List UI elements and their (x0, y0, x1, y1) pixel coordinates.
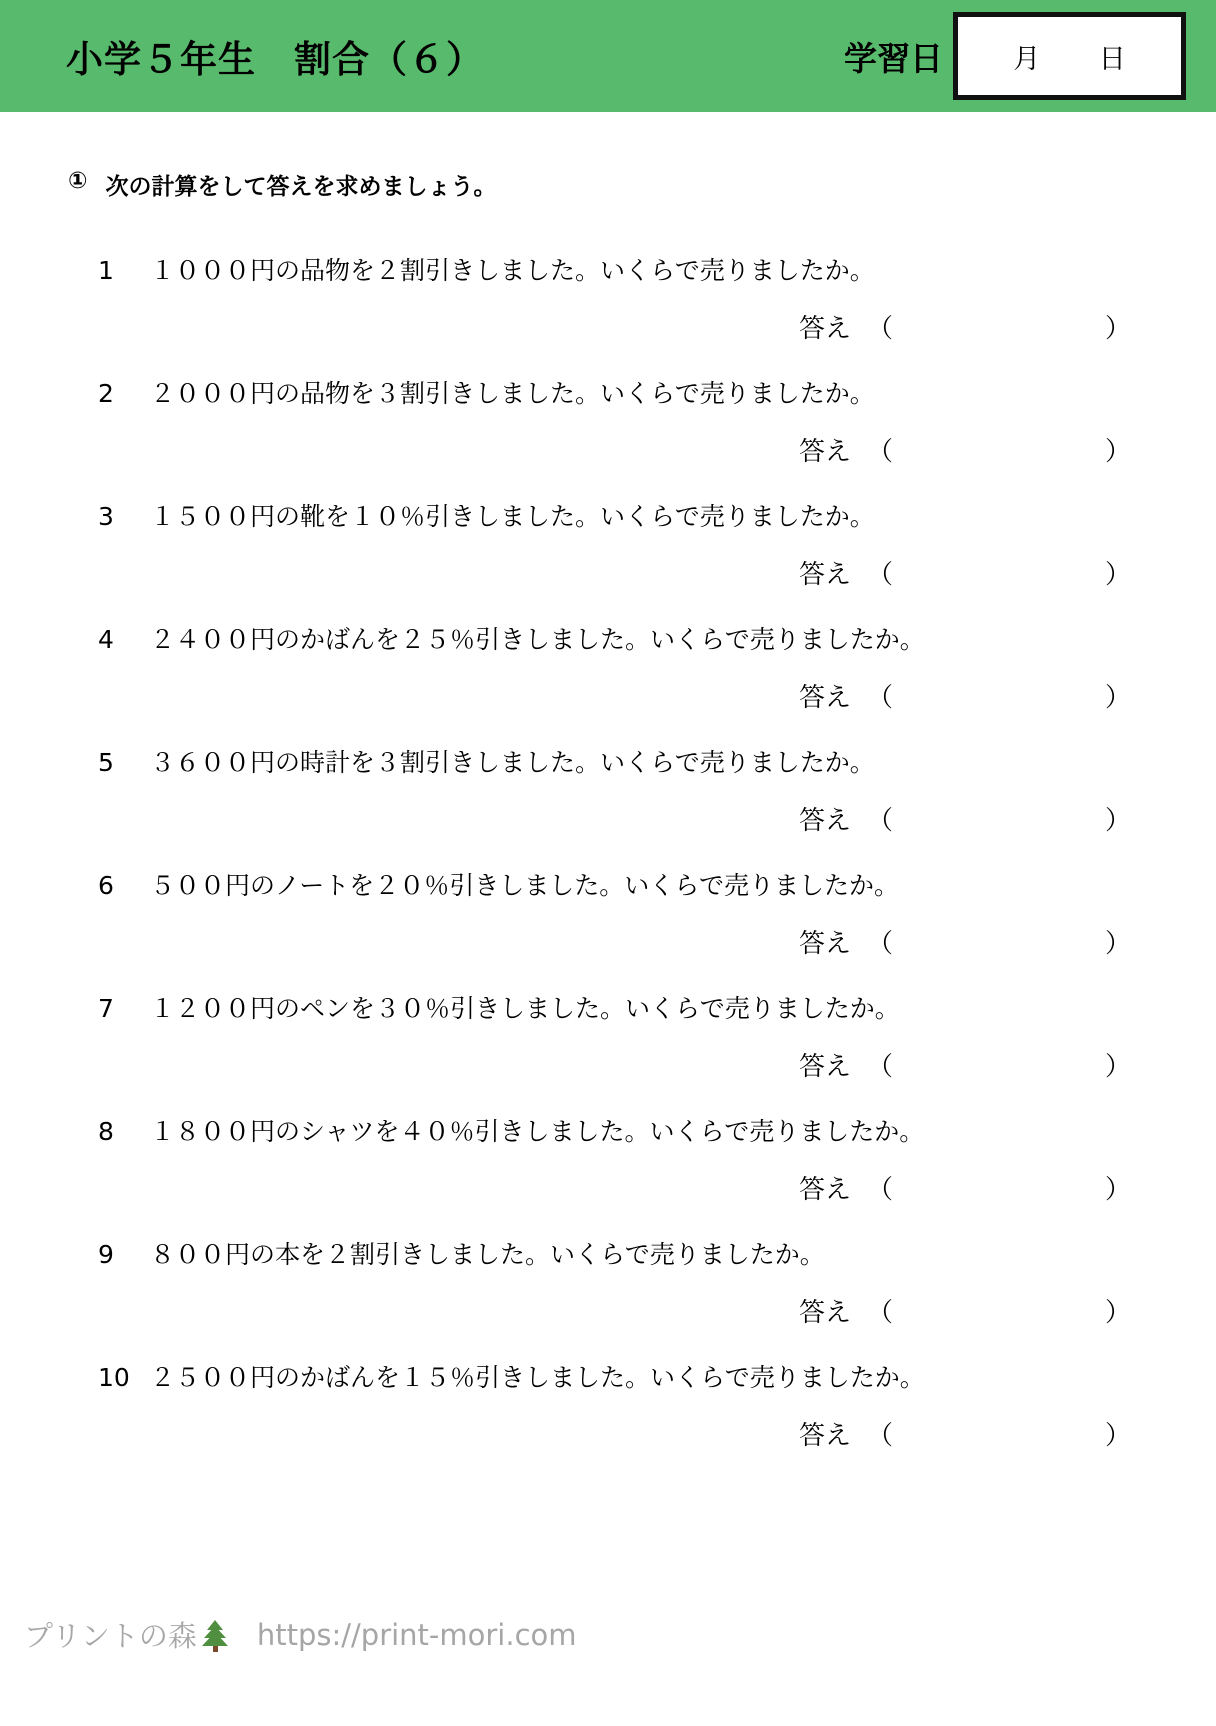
answer-close-paren: ） (1105, 680, 1131, 716)
answer-row: 答え （ ） (68, 311, 1216, 347)
answer-label: 答え (799, 434, 851, 470)
question-block: 8 １８００円のシャツを４０％引きしました。いくらで売りましたか。 答え （ ） (68, 1114, 1216, 1208)
answer-open-paren: （ (867, 311, 893, 347)
answer-row: 答え （ ） (68, 1172, 1216, 1208)
question-text: ８００円の本を２割引きしました。いくらで売りましたか。 (150, 1237, 825, 1273)
answer-row: 答え （ ） (68, 434, 1216, 470)
answer-open-paren: （ (867, 926, 893, 962)
question-number: 9 (68, 1237, 150, 1273)
question-block: 2 ２０００円の品物を３割引きしました。いくらで売りましたか。 答え （ ） (68, 376, 1216, 470)
question-block: 6 ５００円のノートを２０％引きしました。いくらで売りましたか。 答え （ ） (68, 868, 1216, 962)
question-list: 1 １０００円の品物を２割引きしました。いくらで売りましたか。 答え （ ） 2… (68, 253, 1216, 1454)
instruction-text: 次の計算をして答えを求めましょう。 (105, 168, 496, 201)
answer-open-paren: （ (867, 1295, 893, 1331)
question-block: 3 １５００円の靴を１０％引きしました。いくらで売りましたか。 答え （ ） (68, 499, 1216, 593)
day-label: 日 (1099, 37, 1126, 76)
question-number: 7 (68, 991, 150, 1027)
question-block: 10 ２５００円のかばんを１５％引きしました。いくらで売りましたか。 答え （ … (68, 1360, 1216, 1454)
question-text: ５００円のノートを２０％引きしました。いくらで売りましたか。 (150, 868, 899, 904)
question-number: 8 (68, 1114, 150, 1150)
question-row: 10 ２５００円のかばんを１５％引きしました。いくらで売りましたか。 (68, 1360, 1216, 1396)
answer-close-paren: ） (1105, 926, 1131, 962)
answer-open-paren: （ (867, 434, 893, 470)
question-block: 9 ８００円の本を２割引きしました。いくらで売りましたか。 答え （ ） (68, 1237, 1216, 1331)
answer-row: 答え （ ） (68, 557, 1216, 593)
answer-row: 答え （ ） (68, 1295, 1216, 1331)
answer-open-paren: （ (867, 1049, 893, 1085)
answer-close-paren: ） (1105, 434, 1131, 470)
answer-close-paren: ） (1105, 1418, 1131, 1454)
question-text: １８００円のシャツを４０％引きしました。いくらで売りましたか。 (150, 1114, 924, 1150)
answer-label: 答え (799, 557, 851, 593)
question-text: ２０００円の品物を３割引きしました。いくらで売りましたか。 (150, 376, 875, 412)
question-number: 2 (68, 376, 150, 412)
question-row: 4 ２４００円のかばんを２５％引きしました。いくらで売りましたか。 (68, 622, 1216, 658)
instruction-number: ① (68, 168, 87, 201)
answer-row: 答え （ ） (68, 680, 1216, 716)
answer-label: 答え (799, 311, 851, 347)
question-text: ２４００円のかばんを２５％引きしました。いくらで売りましたか。 (150, 622, 925, 658)
answer-close-paren: ） (1105, 803, 1131, 839)
question-text: １０００円の品物を２割引きしました。いくらで売りましたか。 (150, 253, 875, 289)
site-name: プリントの森 (24, 1614, 197, 1655)
header: 小学５年生 割合（６） 学習日 月 日 (0, 0, 1216, 112)
page-title: 小学５年生 割合（６） (66, 29, 484, 83)
question-number: 5 (68, 745, 150, 781)
question-text: １５００円の靴を１０％引きしました。いくらで売りましたか。 (150, 499, 875, 535)
answer-row: 答え （ ） (68, 926, 1216, 962)
question-row: 6 ５００円のノートを２０％引きしました。いくらで売りましたか。 (68, 868, 1216, 904)
question-text: ２５００円のかばんを１５％引きしました。いくらで売りましたか。 (150, 1360, 925, 1396)
question-row: 7 １２００円のペンを３０％引きしました。いくらで売りましたか。 (68, 991, 1216, 1027)
instruction: ① 次の計算をして答えを求めましょう。 (68, 168, 1216, 201)
answer-label: 答え (799, 926, 851, 962)
question-row: 2 ２０００円の品物を３割引きしました。いくらで売りましたか。 (68, 376, 1216, 412)
answer-close-paren: ） (1105, 557, 1131, 593)
footer: プリントの森 https://print-mori.com (24, 1614, 577, 1655)
answer-open-paren: （ (867, 557, 893, 593)
tree-icon (201, 1620, 229, 1652)
answer-open-paren: （ (867, 1418, 893, 1454)
answer-label: 答え (799, 1418, 851, 1454)
answer-close-paren: ） (1105, 311, 1131, 347)
site-url: https://print-mori.com (257, 1618, 577, 1652)
question-row: 1 １０００円の品物を２割引きしました。いくらで売りましたか。 (68, 253, 1216, 289)
question-number: 4 (68, 622, 150, 658)
question-row: 5 ３６００円の時計を３割引きしました。いくらで売りましたか。 (68, 745, 1216, 781)
question-row: 9 ８００円の本を２割引きしました。いくらで売りましたか。 (68, 1237, 1216, 1273)
answer-label: 答え (799, 803, 851, 839)
answer-close-paren: ） (1105, 1049, 1131, 1085)
question-block: 7 １２００円のペンを３０％引きしました。いくらで売りましたか。 答え （ ） (68, 991, 1216, 1085)
answer-close-paren: ） (1105, 1172, 1131, 1208)
question-number: 6 (68, 868, 150, 904)
question-number: 10 (68, 1360, 150, 1396)
question-block: 5 ３６００円の時計を３割引きしました。いくらで売りましたか。 答え （ ） (68, 745, 1216, 839)
worksheet-page: 小学５年生 割合（６） 学習日 月 日 ① 次の計算をして答えを求めましょう。 … (0, 0, 1216, 1726)
answer-label: 答え (799, 680, 851, 716)
question-text: ３６００円の時計を３割引きしました。いくらで売りましたか。 (150, 745, 875, 781)
question-text: １２００円のペンを３０％引きしました。いくらで売りましたか。 (150, 991, 900, 1027)
answer-row: 答え （ ） (68, 1049, 1216, 1085)
study-date-label: 学習日 (844, 33, 943, 80)
question-row: 8 １８００円のシャツを４０％引きしました。いくらで売りましたか。 (68, 1114, 1216, 1150)
answer-label: 答え (799, 1295, 851, 1331)
answer-open-paren: （ (867, 803, 893, 839)
answer-open-paren: （ (867, 1172, 893, 1208)
question-block: 1 １０００円の品物を２割引きしました。いくらで売りましたか。 答え （ ） (68, 253, 1216, 347)
month-label: 月 (1013, 37, 1040, 76)
question-number: 3 (68, 499, 150, 535)
study-date-area: 学習日 月 日 (844, 12, 1186, 100)
answer-row: 答え （ ） (68, 1418, 1216, 1454)
question-block: 4 ２４００円のかばんを２５％引きしました。いくらで売りましたか。 答え （ ） (68, 622, 1216, 716)
question-row: 3 １５００円の靴を１０％引きしました。いくらで売りましたか。 (68, 499, 1216, 535)
answer-close-paren: ） (1105, 1295, 1131, 1331)
question-number: 1 (68, 253, 150, 289)
answer-label: 答え (799, 1172, 851, 1208)
answer-label: 答え (799, 1049, 851, 1085)
answer-row: 答え （ ） (68, 803, 1216, 839)
date-entry-box: 月 日 (953, 12, 1186, 100)
answer-open-paren: （ (867, 680, 893, 716)
worksheet-body: ① 次の計算をして答えを求めましょう。 1 １０００円の品物を２割引きしました。… (0, 112, 1216, 1454)
